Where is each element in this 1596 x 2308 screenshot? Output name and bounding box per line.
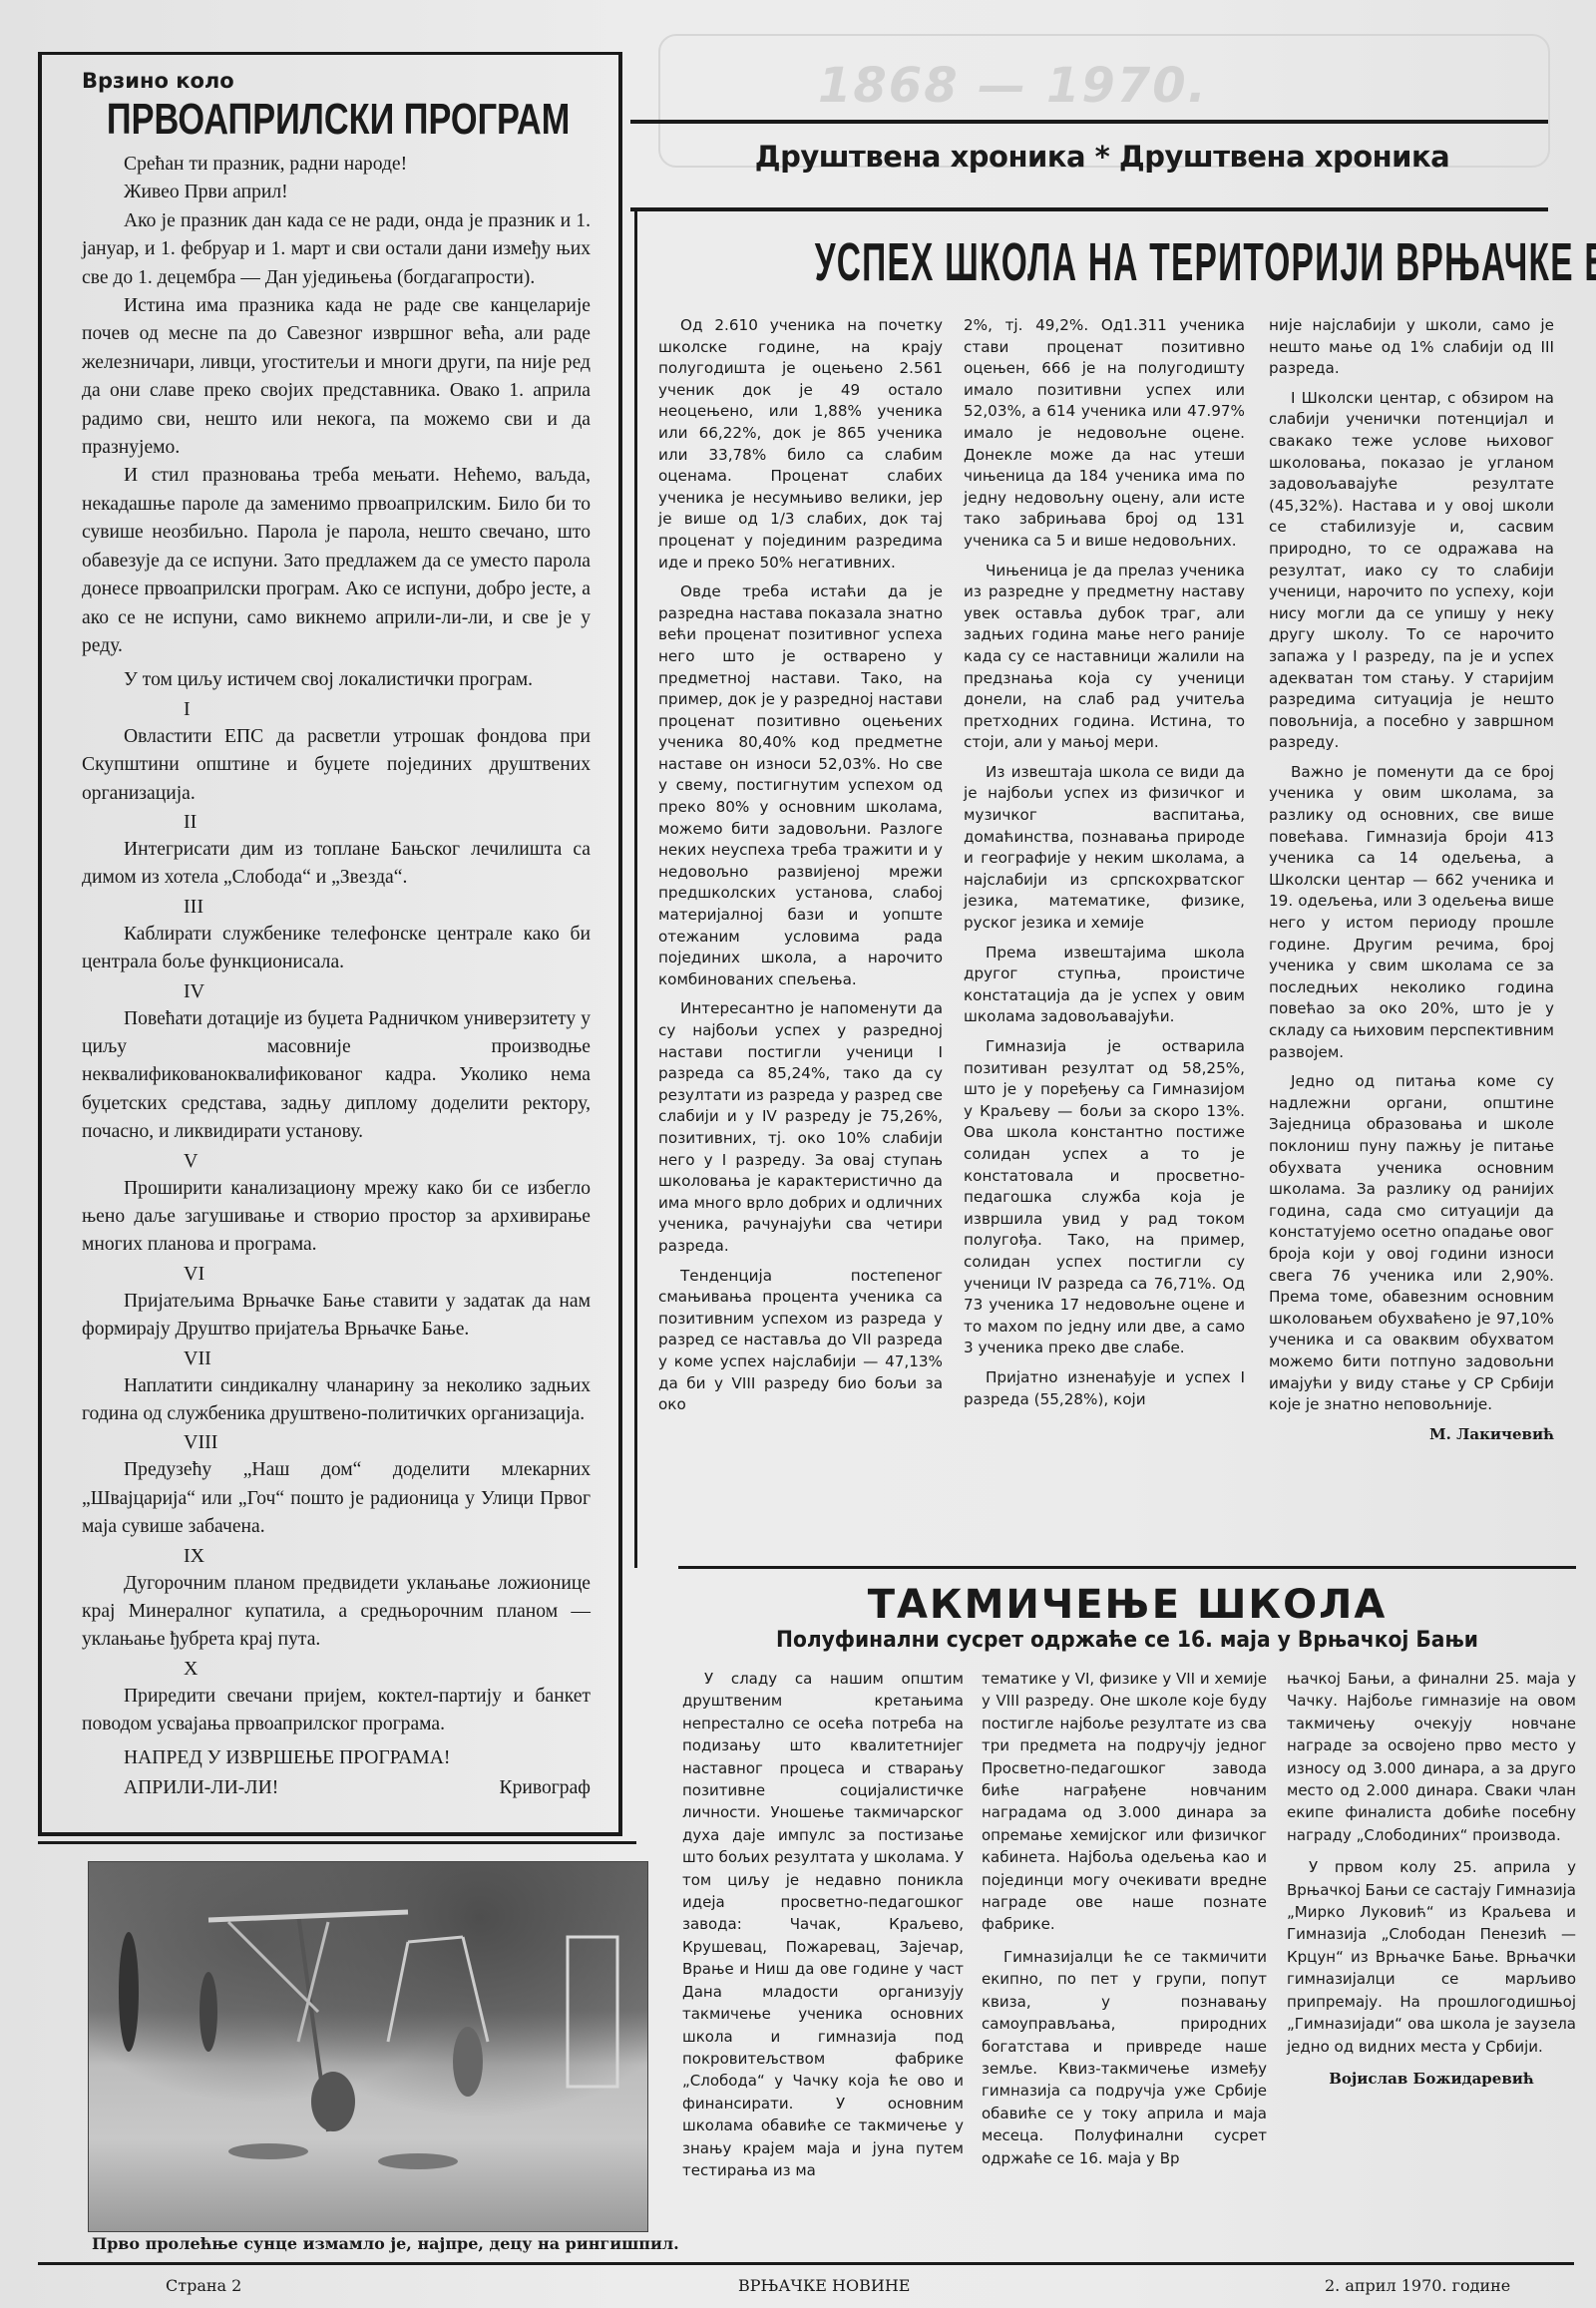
divider-rule <box>678 1566 1576 1569</box>
program-item: Предузећу „Наш дом“ доделити млекарних „… <box>82 1456 591 1541</box>
program-item: Овластити ЕПС да расветли утрошак фондов… <box>82 723 591 808</box>
paragraph: Једно од питања коме су надлежни органи,… <box>1269 1071 1554 1416</box>
ghost-year: 1868 — 1970. <box>818 58 1208 114</box>
issue-date: 2. април 1970. године <box>1325 2276 1510 2295</box>
program-item: Пријатељима Врњачке Бање ставити у задат… <box>82 1288 591 1345</box>
closing-slogan: НАПРЕД У ИЗВРШЕЊЕ ПРОГРАМА! <box>82 1743 591 1773</box>
left-article-box: Врзино коло ПРВОАПРИЛСКИ ПРОГРАМ Срећан … <box>38 52 622 1836</box>
left-article: Врзино коло ПРВОАПРИЛСКИ ПРОГРАМ Срећан … <box>82 69 591 1803</box>
newspaper-name: ВРЊАЧКЕ НОВИНЕ <box>738 2276 910 2295</box>
photo-caption: Прво пролећње сунце измамло је, најпре, … <box>92 2234 650 2253</box>
closing-exclamation: АПРИЛИ-ЛИ-ЛИ! <box>124 1773 278 1803</box>
author-byline: М. Лакичевић <box>1269 1424 1554 1446</box>
section-header: Друштвена хроника * Друштвена хроника <box>638 140 1566 174</box>
paragraph: Од 2.610 ученика на почетку школске годи… <box>658 315 943 574</box>
paragraph: Интересантно је напоменути да су најбољи… <box>658 998 943 1257</box>
main-article-column-1: Од 2.610 ученика на почетку школске годи… <box>658 315 943 1424</box>
program-numeral: IV <box>82 977 591 1005</box>
paragraph: Према извештајима школа другог ступња, п… <box>964 943 1245 1028</box>
program-numeral: I <box>82 695 591 723</box>
paragraph: Гимназија је остварила позитиван резулта… <box>964 1036 1245 1359</box>
paragraph: Гимназијалци ће се такмичити екипно, по … <box>982 1946 1267 2169</box>
bottom-article-column-2: тематике у VI, физике у VII и хемије у V… <box>982 1668 1267 2179</box>
paragraph: I Школски центар, с обзиром на слабији у… <box>1269 388 1554 754</box>
program-item: Дугорочним планом предвидети уклањање ло… <box>82 1570 591 1655</box>
author-byline: Војислав Божидаревић <box>1287 2068 1576 2090</box>
paragraph: Истина има празника када не раде све кан… <box>82 292 591 462</box>
paragraph: 2%, тј. 49,2%. Од1.311 ученика стави про… <box>964 315 1245 553</box>
intro-line: Живео Први април! <box>82 179 591 206</box>
bottom-article-title: ТАКМИЧЕЊЕ ШКОЛА <box>678 1582 1576 1628</box>
program-item: Каблирати службенике телефонске централе… <box>82 921 591 977</box>
paragraph: тематике у VI, физике у VII и хемије у V… <box>982 1668 1267 1936</box>
bottom-article-column-1: У сладу са нашим општим друштвеним крета… <box>682 1668 964 2191</box>
left-article-title: ПРВОАПРИЛСКИ ПРОГРАМ <box>107 95 566 145</box>
program-numeral: VI <box>82 1260 591 1288</box>
divider-rule <box>38 1841 636 1844</box>
intro-line: Срећан ти празник, радни народе! <box>82 151 591 179</box>
paragraph: Тенденција постепеног смањивања процента… <box>658 1266 943 1416</box>
main-article-title: УСПЕХ ШКОЛА НА ТЕРИТОРИЈИ ВРЊАЧКЕ БАЊЕ <box>815 231 1391 293</box>
program-numeral: X <box>82 1655 591 1683</box>
program-numeral: VIII <box>82 1428 591 1456</box>
paragraph: Из извештаја школа се види да је најбољи… <box>964 762 1245 935</box>
program-numeral: III <box>82 893 591 921</box>
program-item: Повећати дотације из буџета Радничком ун… <box>82 1005 591 1147</box>
column-divider <box>634 211 637 1568</box>
paragraph: У првом колу 25. априла у Врњачкој Бањи … <box>1287 1856 1576 2058</box>
program-numeral: II <box>82 808 591 836</box>
section-rule-bottom <box>630 207 1548 211</box>
paragraph: њачкој Бањи, а финални 25. маја у Чачку.… <box>1287 1668 1576 1846</box>
program-numeral: VII <box>82 1345 591 1372</box>
program-item: Приредити свечани пријем, коктел-партију… <box>82 1683 591 1739</box>
paragraph: У том циљу истичем свој локалистички про… <box>82 666 591 694</box>
main-article-column-3: није најслабији у школи, само је нешто м… <box>1269 315 1554 1445</box>
closing-row: АПРИЛИ-ЛИ-ЛИ! Кривограф <box>82 1773 591 1803</box>
page-number: Страна 2 <box>166 2276 241 2295</box>
program-item: Наплатити синдикалну чланарину за неколи… <box>82 1372 591 1429</box>
paragraph: Важно је поменути да се број ученика у о… <box>1269 762 1554 1063</box>
playground-photo <box>88 1861 648 2232</box>
paragraph: Ако је празник дан када се не ради, онда… <box>82 207 591 292</box>
program-item: Проширити канализациону мрежу како би се… <box>82 1175 591 1260</box>
paragraph: У сладу са нашим општим друштвеним крета… <box>682 1668 964 2181</box>
footer-rule <box>38 2262 1574 2265</box>
program-item: Интегрисати дим из топлане Бањског лечил… <box>82 836 591 893</box>
author-byline: Кривограф <box>500 1773 592 1803</box>
paragraph: И стил празновања треба мењати. Нећемо, … <box>82 462 591 660</box>
program-numeral: IX <box>82 1542 591 1570</box>
bottom-article-column-3: њачкој Бањи, а финални 25. маја у Чачку.… <box>1287 1668 1576 2090</box>
paragraph: Овде треба истаћи да је разредна настава… <box>658 581 943 990</box>
paragraph: Чињеница је да прелаз ученика из разредн… <box>964 561 1245 754</box>
paragraph: Пријатно изненађује и успех I разреда (5… <box>964 1367 1245 1410</box>
main-article-column-2: 2%, тј. 49,2%. Од1.311 ученика стави про… <box>964 315 1245 1418</box>
bottom-article-subtitle: Полуфинални сусрет одржаће се 16. маја у… <box>714 1628 1540 1653</box>
program-numeral: V <box>82 1147 591 1175</box>
newspaper-page: 1868 — 1970. Врзино коло ПРВОАПРИЛСКИ ПР… <box>0 0 1596 2308</box>
column-kicker: Врзино коло <box>82 69 591 93</box>
section-rule-top <box>630 120 1548 124</box>
photo-illustration <box>89 1862 647 2231</box>
paragraph: није најслабији у школи, само је нешто м… <box>1269 315 1554 380</box>
